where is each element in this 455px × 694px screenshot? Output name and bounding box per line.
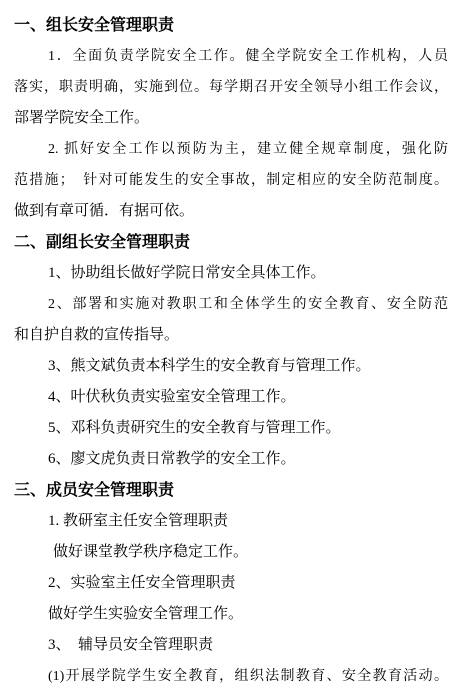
section-3-heading: 三、成员安全管理职责	[14, 475, 448, 506]
text-line: 落实，职责明确，实施到位。每学期召开安全领导小组工作会议，	[14, 72, 448, 103]
text-line: 2. 抓好安全工作以预防为主，建立健全规章制度，强化防	[14, 134, 448, 165]
section-1-heading: 一、组长安全管理职责	[14, 10, 448, 41]
document-page: 一、组长安全管理职责 1．全面负责学院安全工作。健全学院安全工作机构，人员 落实…	[0, 0, 455, 694]
text-line: 做好学生实验安全管理工作。	[14, 599, 448, 630]
list-item: 3、 辅导员安全管理职责	[14, 630, 448, 661]
text-line: (1)开展学院学生安全教育，组织法制教育、安全教育活动。	[14, 661, 448, 692]
list-item: 1、协助组长做好学院日常安全具体工作。	[14, 258, 448, 289]
list-item: 4、叶伏秋负责实验室安全管理工作。	[14, 382, 448, 413]
list-item: 5、邓科负责研究生的安全教育与管理工作。	[14, 413, 448, 444]
list-item: 1. 教研室主任安全管理职责	[14, 506, 448, 537]
text-line: 和自护自救的宣传指导。	[14, 320, 448, 351]
text-line: 做好课堂教学秩序稳定工作。	[14, 537, 448, 568]
list-item: 2、实验室主任安全管理职责	[14, 568, 448, 599]
text-line: 部署学院安全工作。	[14, 103, 448, 134]
list-item: 2、部署和实施对教职工和全体学生的安全教育、安全防范	[14, 289, 448, 320]
list-item: 6、廖文虎负责日常教学的安全工作。	[14, 444, 448, 475]
text-line: 范措施； 针对可能发生的安全事故，制定相应的安全防范制度。	[14, 165, 448, 196]
text-line: 1．全面负责学院安全工作。健全学院安全工作机构，人员	[14, 41, 448, 72]
list-item: 3、熊文斌负责本科学生的安全教育与管理工作。	[14, 351, 448, 382]
section-2-heading: 二、副组长安全管理职责	[14, 227, 448, 258]
text-line: 做到有章可循．有据可依。	[14, 196, 448, 227]
